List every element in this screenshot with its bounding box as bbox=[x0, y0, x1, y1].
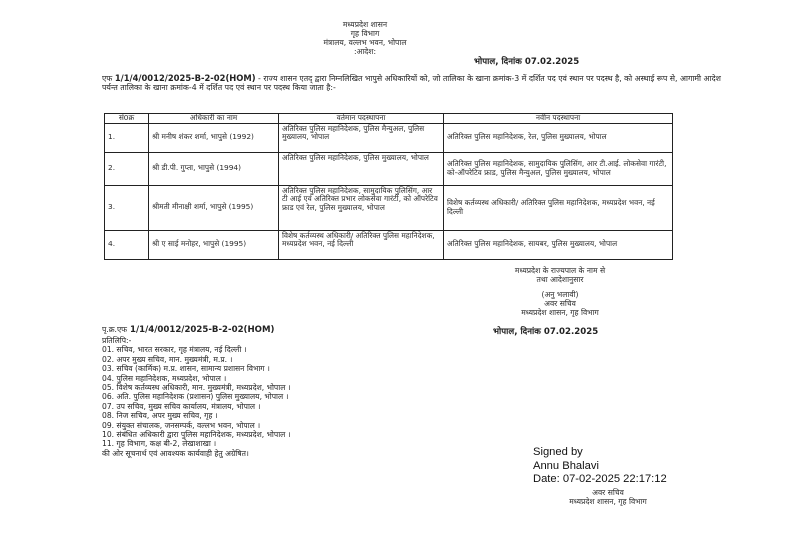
new-posting-cell: अतिरिक्त पुलिस महानिदेशक, रेल, पुलिस मुख… bbox=[444, 123, 673, 152]
col-header-current-posting: वर्तमान पदस्थापना bbox=[279, 114, 444, 124]
list-item: 07. उप सचिव, मुख्य सचिव कार्यालय, मंत्रा… bbox=[102, 402, 291, 411]
col-header-serial: सं0क्र bbox=[105, 114, 149, 124]
order-paragraph: एफ 1/1/4/0012/2025-B-2-02(HOM) - राज्य श… bbox=[102, 74, 722, 92]
serial-cell: 2. bbox=[105, 152, 149, 185]
officer-name-cell: श्री मनीष शंकर शर्मा, भापुसे (1992) bbox=[149, 123, 279, 152]
list-item: 10. संबंधित अधिकारी द्वारा पुलिस महानिदे… bbox=[102, 430, 291, 439]
copy-prefix: पृ.क्र.एफ bbox=[102, 325, 127, 334]
office-address: मंत्रालय, वल्लभ भवन, भोपाल bbox=[300, 38, 430, 47]
copy-list: प्रतिलिपि:- 01. सचिव, भारत सरकार, गृह मं… bbox=[102, 336, 291, 458]
order-reference-number: 1/1/4/0012/2025-B-2-02(HOM) bbox=[115, 73, 256, 83]
signatory-office: मध्यप्रदेश शासन, गृह विभाग bbox=[470, 308, 650, 317]
serial-cell: 3. bbox=[105, 185, 149, 230]
department-name: गृह विभाग bbox=[300, 29, 430, 38]
signatory-authority-line2: तथा आदेशानुसार bbox=[470, 275, 650, 284]
list-item: 06. अति. पुलिस महानिदेशक (प्रशासन) पुलिस… bbox=[102, 392, 291, 401]
list-item: 03. सचिव (कार्मिक) म.प्र. शासन, सामान्य … bbox=[102, 364, 291, 373]
current-posting-cell: विशेष कर्तव्यस्थ अधिकारी/ अतिरिक्त पुलिस… bbox=[279, 230, 444, 259]
list-item: 02. अपर मुख्य सचिव, मान. मुख्यमंत्री, म.… bbox=[102, 355, 291, 364]
copy-label: प्रतिलिपि:- bbox=[102, 336, 291, 345]
signatory-designation: अवर सचिव bbox=[470, 299, 650, 308]
table-row: 3. श्रीमती मीनाक्षी शर्मा, भापुसे (1995)… bbox=[105, 185, 673, 230]
table-row: 1. श्री मनीष शंकर शर्मा, भापुसे (1992) अ… bbox=[105, 123, 673, 152]
subject-prefix: एफ bbox=[102, 74, 112, 83]
table-row: 4. श्री ए साई मनोहर, भापुसे (1995) विशेष… bbox=[105, 230, 673, 259]
order-document: मध्यप्रदेश शासन गृह विभाग मंत्रालय, वल्ल… bbox=[0, 0, 800, 533]
copy-reference-number: 1/1/4/0012/2025-B-2-02(HOM) bbox=[130, 325, 274, 335]
col-header-officer-name: अधिकारी का नाम bbox=[149, 114, 279, 124]
digital-signature: Signed by Annu Bhalavi Date: 07-02-2025 … bbox=[533, 446, 667, 487]
current-posting-cell: अतिरिक्त पुलिस महानिदेशक, पुलिस मैन्युअल… bbox=[279, 123, 444, 152]
new-posting-cell: अतिरिक्त पुलिस महानिदेशक, सामुदायिक पुलि… bbox=[444, 152, 673, 185]
list-item: 01. सचिव, भारत सरकार, गृह मंत्रालय, नई द… bbox=[102, 345, 291, 354]
current-posting-cell: अतिरिक्त पुलिस महानिदेशक, सामुदायिक पुलि… bbox=[279, 185, 444, 230]
order-label: :आदेश: bbox=[300, 47, 430, 56]
list-item: 11. गृह विभाग, कक्ष बी-2, लेखाशाखा । bbox=[102, 439, 291, 448]
table-header-row: सं0क्र अधिकारी का नाम वर्तमान पदस्थापना … bbox=[105, 114, 673, 124]
col-header-new-posting: नवीन पदस्थापना bbox=[444, 114, 673, 124]
new-posting-cell: विशेष कर्तव्यस्थ अधिकारी/ अतिरिक्त पुलिस… bbox=[444, 185, 673, 230]
table-row: 2. श्री डी.पी. गुप्ता, भापुसे (1994) अति… bbox=[105, 152, 673, 185]
list-item: 09. संयुक्त संचालक, जनसम्पर्क, वल्लभ भवन… bbox=[102, 421, 291, 430]
government-name: मध्यप्रदेश शासन bbox=[300, 20, 430, 29]
digital-signature-designation: अवर सचिव bbox=[533, 488, 683, 497]
copy-place-date: भोपाल, दिनांक 07.02.2025 bbox=[493, 325, 598, 337]
digital-signature-name: Annu Bhalavi bbox=[533, 460, 667, 474]
posting-table: सं0क्र अधिकारी का नाम वर्तमान पदस्थापना … bbox=[104, 113, 673, 260]
digital-signature-date: Date: 07-02-2025 22:17:12 bbox=[533, 473, 667, 487]
digital-signature-label: Signed by bbox=[533, 446, 667, 460]
current-posting-cell: अतिरिक्त पुलिस महानिदेशक, पुलिस मुख्यालय… bbox=[279, 152, 444, 185]
list-item: 08. निज सचिव, अपर मुख्य सचिव, गृह । bbox=[102, 411, 291, 420]
digital-signature-office: मध्यप्रदेश शासन, गृह विभाग bbox=[533, 497, 683, 506]
officer-name-cell: श्रीमती मीनाक्षी शर्मा, भापुसे (1995) bbox=[149, 185, 279, 230]
new-posting-cell: अतिरिक्त पुलिस महानिदेशक, सायबर, पुलिस म… bbox=[444, 230, 673, 259]
officer-name-cell: श्री ए साई मनोहर, भापुसे (1995) bbox=[149, 230, 279, 259]
serial-cell: 4. bbox=[105, 230, 149, 259]
copy-closing: की ओर सूचनार्थ एवं आवश्यक कार्यवाही हेतु… bbox=[102, 449, 291, 458]
signatory-name: (अनु भलावी) bbox=[470, 290, 650, 299]
list-item: 05. विशेष कर्तव्यस्थ अधिकारी, मान. मुख्य… bbox=[102, 383, 291, 392]
issue-place-date: भोपाल, दिनांक 07.02.2025 bbox=[474, 55, 579, 67]
officer-name-cell: श्री डी.पी. गुप्ता, भापुसे (1994) bbox=[149, 152, 279, 185]
copy-reference: पृ.क्र.एफ 1/1/4/0012/2025-B-2-02(HOM) bbox=[102, 325, 274, 335]
list-item: 04. पुलिस महानिदेशक, मध्यप्रदेश, भोपाल । bbox=[102, 374, 291, 383]
serial-cell: 1. bbox=[105, 123, 149, 152]
signatory-authority-line1: मध्यप्रदेश के राज्यपाल के नाम से bbox=[470, 266, 650, 275]
